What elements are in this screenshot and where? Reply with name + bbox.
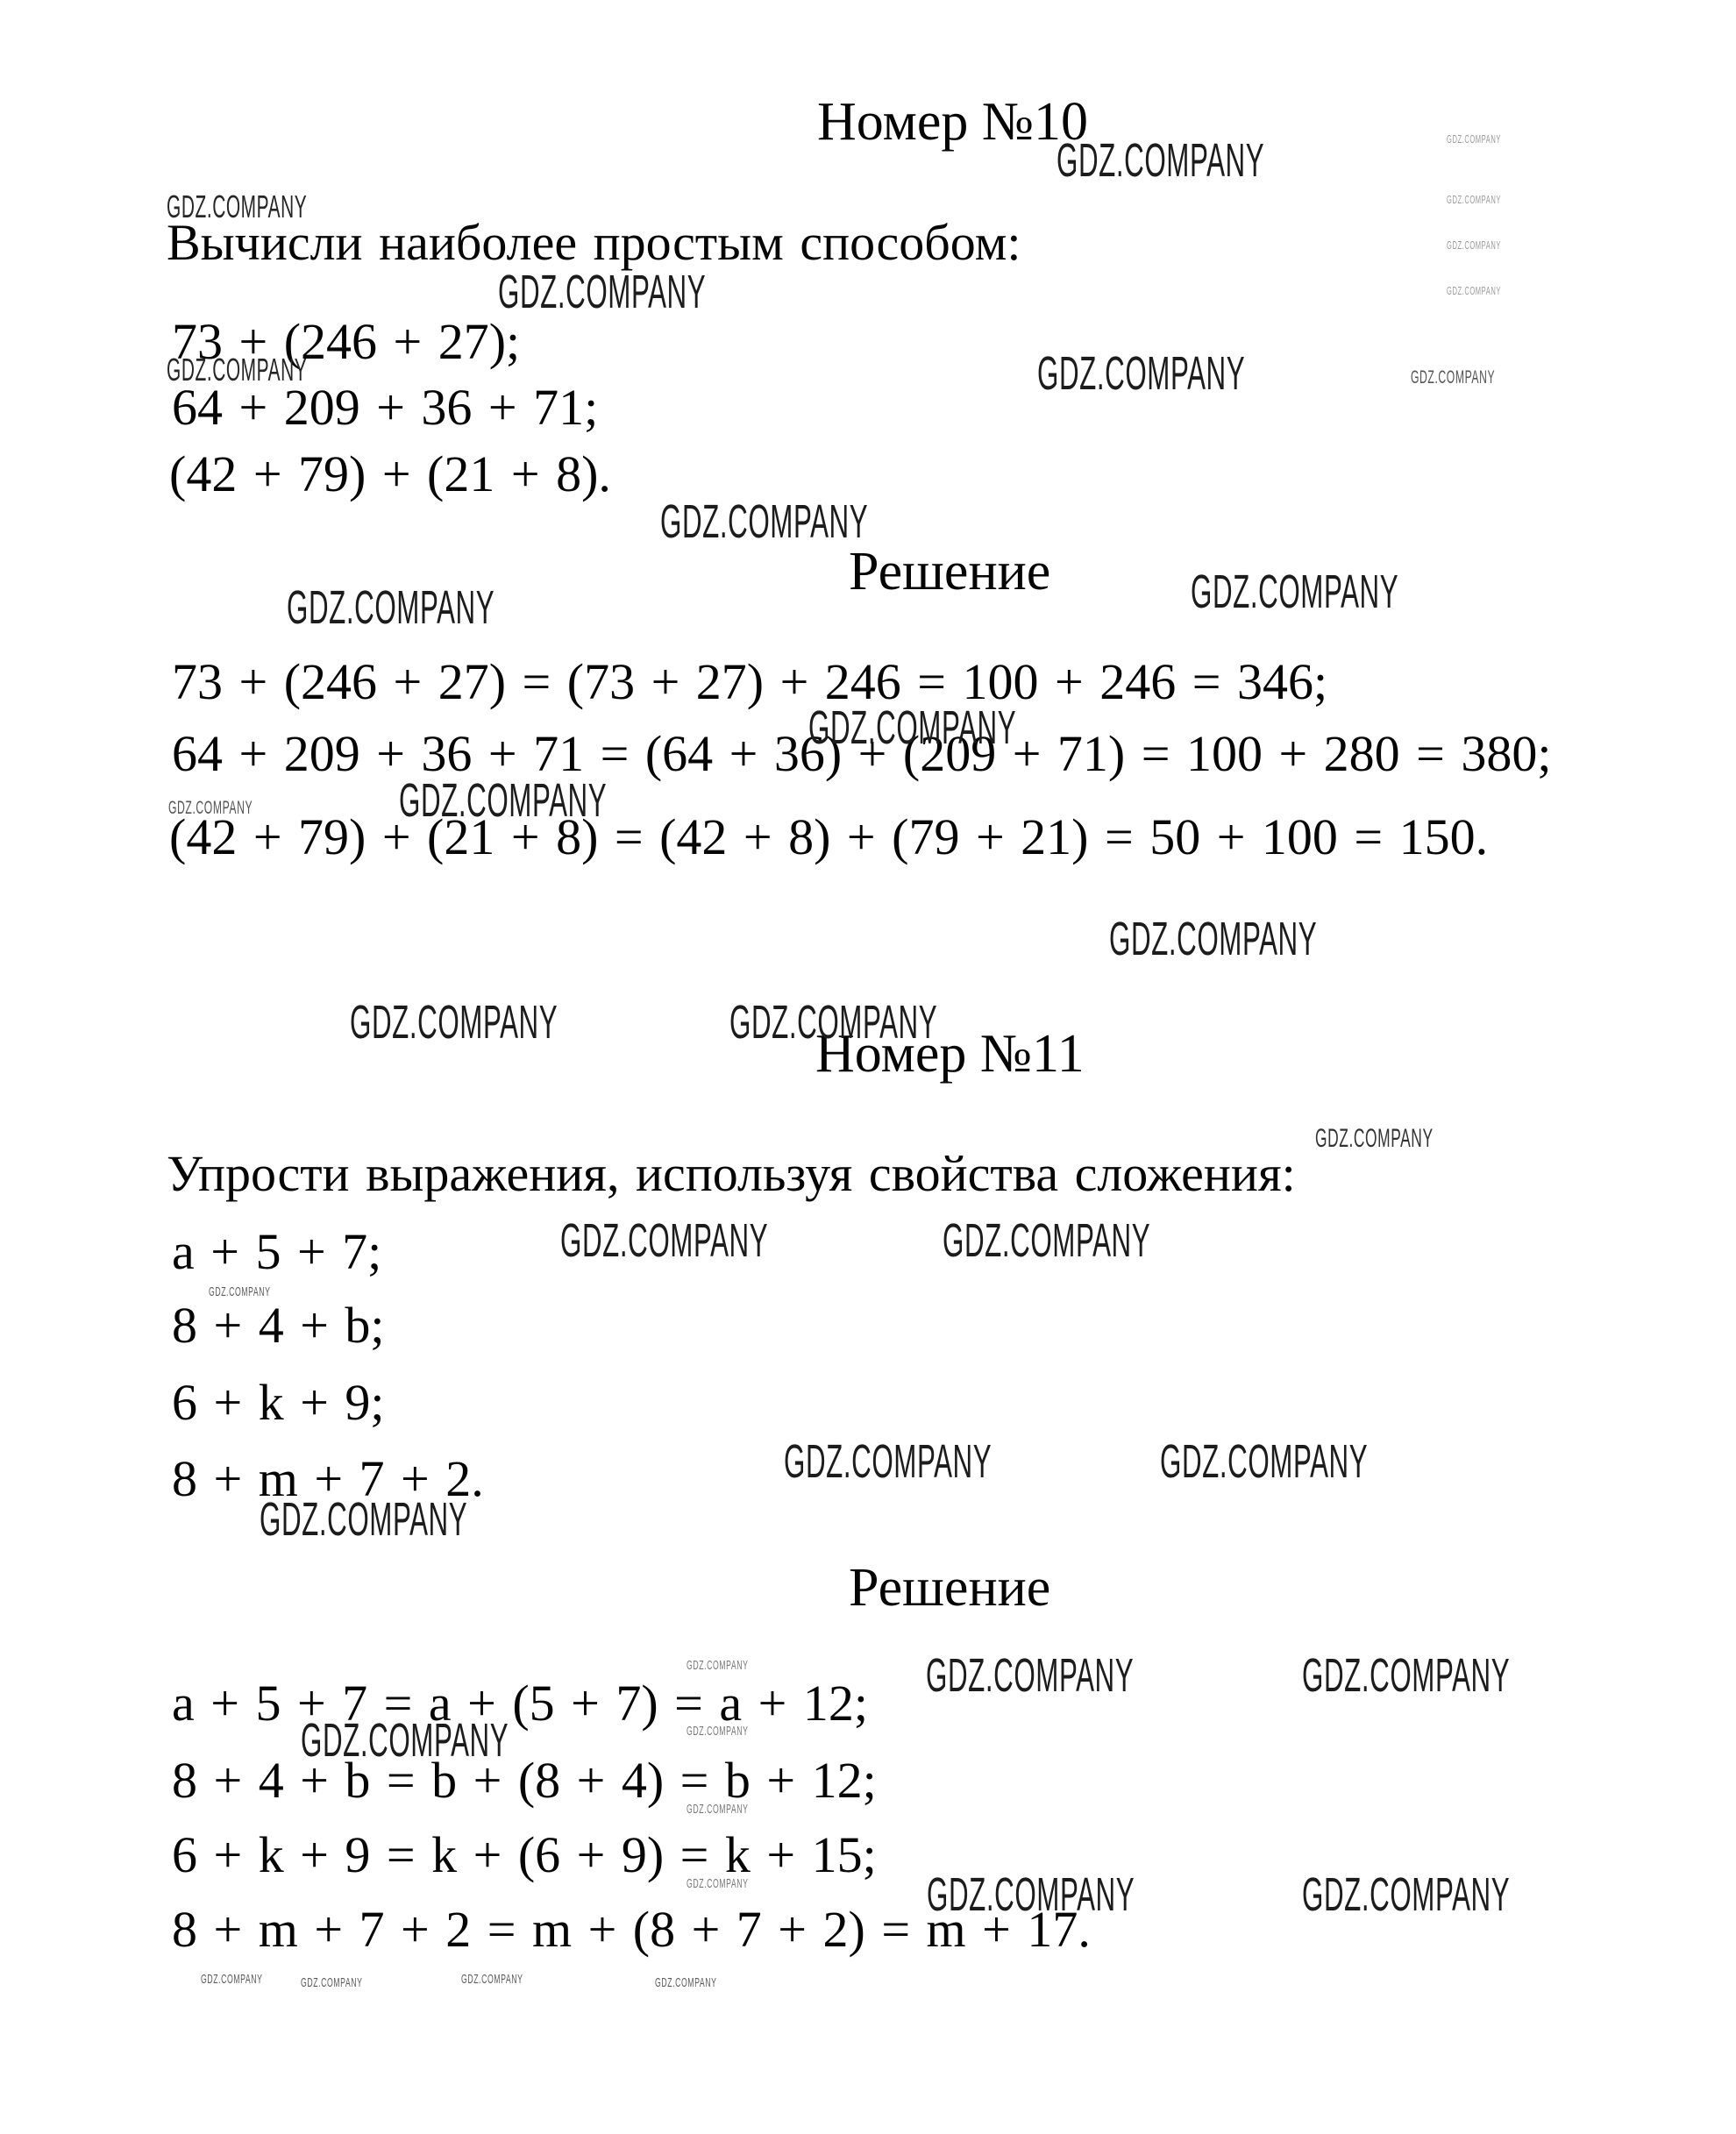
watermark-gdz-company: GDZ.COMPANY [655,1976,717,1989]
watermark-gdz-company: GDZ.COMPANY [687,1659,749,1672]
problem11-statement: Упрости выражения, используя свойства сл… [167,1149,1296,1199]
watermark-gdz-company: GDZ.COMPANY [287,584,494,631]
watermark-gdz-company: GDZ.COMPANY [926,1652,1134,1699]
watermark-gdz-company: GDZ.COMPANY [660,498,868,545]
problem10-title: Номер №10 [817,95,1088,149]
watermark-gdz-company: GDZ.COMPANY [560,1217,768,1264]
watermark-gdz-company: GDZ.COMPANY [168,799,253,817]
watermark-gdz-company: GDZ.COMPANY [167,354,307,386]
problem10-solution-line: 73 + (246 + 27) = (73 + 27) + 246 = 100 … [172,657,1327,708]
watermark-gdz-company: GDZ.COMPANY [1447,133,1501,145]
watermark-gdz-company: GDZ.COMPANY [350,999,558,1046]
watermark-gdz-company: GDZ.COMPANY [687,1725,749,1738]
watermark-gdz-company: GDZ.COMPANY [687,1877,749,1890]
watermark-gdz-company: GDZ.COMPANY [943,1217,1150,1264]
watermark-gdz-company: GDZ.COMPANY [1315,1126,1434,1152]
problem11-solution-line: a + 5 + 7 = a + (5 + 7) = a + 12; [172,1678,868,1729]
problem10-solution-heading: Решение [849,544,1050,599]
watermark-gdz-company: GDZ.COMPANY [927,1871,1135,1918]
watermark-gdz-company: GDZ.COMPANY [461,1973,523,1986]
problem11-item: 8 + 4 + b; [172,1300,385,1351]
watermark-gdz-company: GDZ.COMPANY [1191,568,1398,615]
problem10-item: (42 + 79) + (21 + 8). [169,449,611,500]
watermark-gdz-company: GDZ.COMPANY [167,191,307,223]
problem11-solution-line: 6 + k + 9 = k + (6 + 9) = k + 15; [172,1830,877,1881]
watermark-gdz-company: GDZ.COMPANY [1447,194,1501,205]
watermark-gdz-company: GDZ.COMPANY [808,704,1016,751]
watermark-gdz-company: GDZ.COMPANY [399,777,607,824]
problem11-solution-heading: Решение [849,1561,1050,1615]
watermark-gdz-company: GDZ.COMPANY [301,1976,363,1989]
watermark-gdz-company: GDZ.COMPANY [201,1973,263,1986]
watermark-gdz-company: GDZ.COMPANY [1302,1871,1510,1918]
watermark-gdz-company: GDZ.COMPANY [1411,368,1495,387]
watermark-gdz-company: GDZ.COMPANY [687,1803,749,1816]
watermark-gdz-company: GDZ.COMPANY [729,999,937,1046]
watermark-gdz-company: GDZ.COMPANY [1037,350,1245,397]
watermark-gdz-company: GDZ.COMPANY [209,1285,271,1298]
problem11-item: a + 5 + 7; [172,1227,381,1277]
watermark-gdz-company: GDZ.COMPANY [1447,239,1501,251]
watermark-gdz-company: GDZ.COMPANY [1447,285,1501,296]
problem10-statement: Вычисли наиболее простым способом: [167,217,1021,268]
problem10-item: 64 + 209 + 36 + 71; [172,382,598,433]
watermark-gdz-company: GDZ.COMPANY [784,1438,992,1485]
watermark-gdz-company: GDZ.COMPANY [1109,915,1317,963]
problem11-item: 6 + k + 9; [172,1377,385,1428]
watermark-gdz-company: GDZ.COMPANY [1160,1438,1368,1485]
watermark-gdz-company: GDZ.COMPANY [301,1717,509,1764]
watermark-gdz-company: GDZ.COMPANY [498,268,706,316]
problem11-solution-line: 8 + 4 + b = b + (8 + 4) = b + 12; [172,1755,877,1806]
watermark-gdz-company: GDZ.COMPANY [1057,137,1264,184]
watermark-gdz-company: GDZ.COMPANY [1302,1652,1510,1699]
watermark-gdz-company: GDZ.COMPANY [260,1496,467,1543]
problem10-solution-line: (42 + 79) + (21 + 8) = (42 + 8) + (79 + … [169,812,1488,863]
page: { "watermark": { "text": "GDZ.COMPANY" }… [0,0,1736,2134]
